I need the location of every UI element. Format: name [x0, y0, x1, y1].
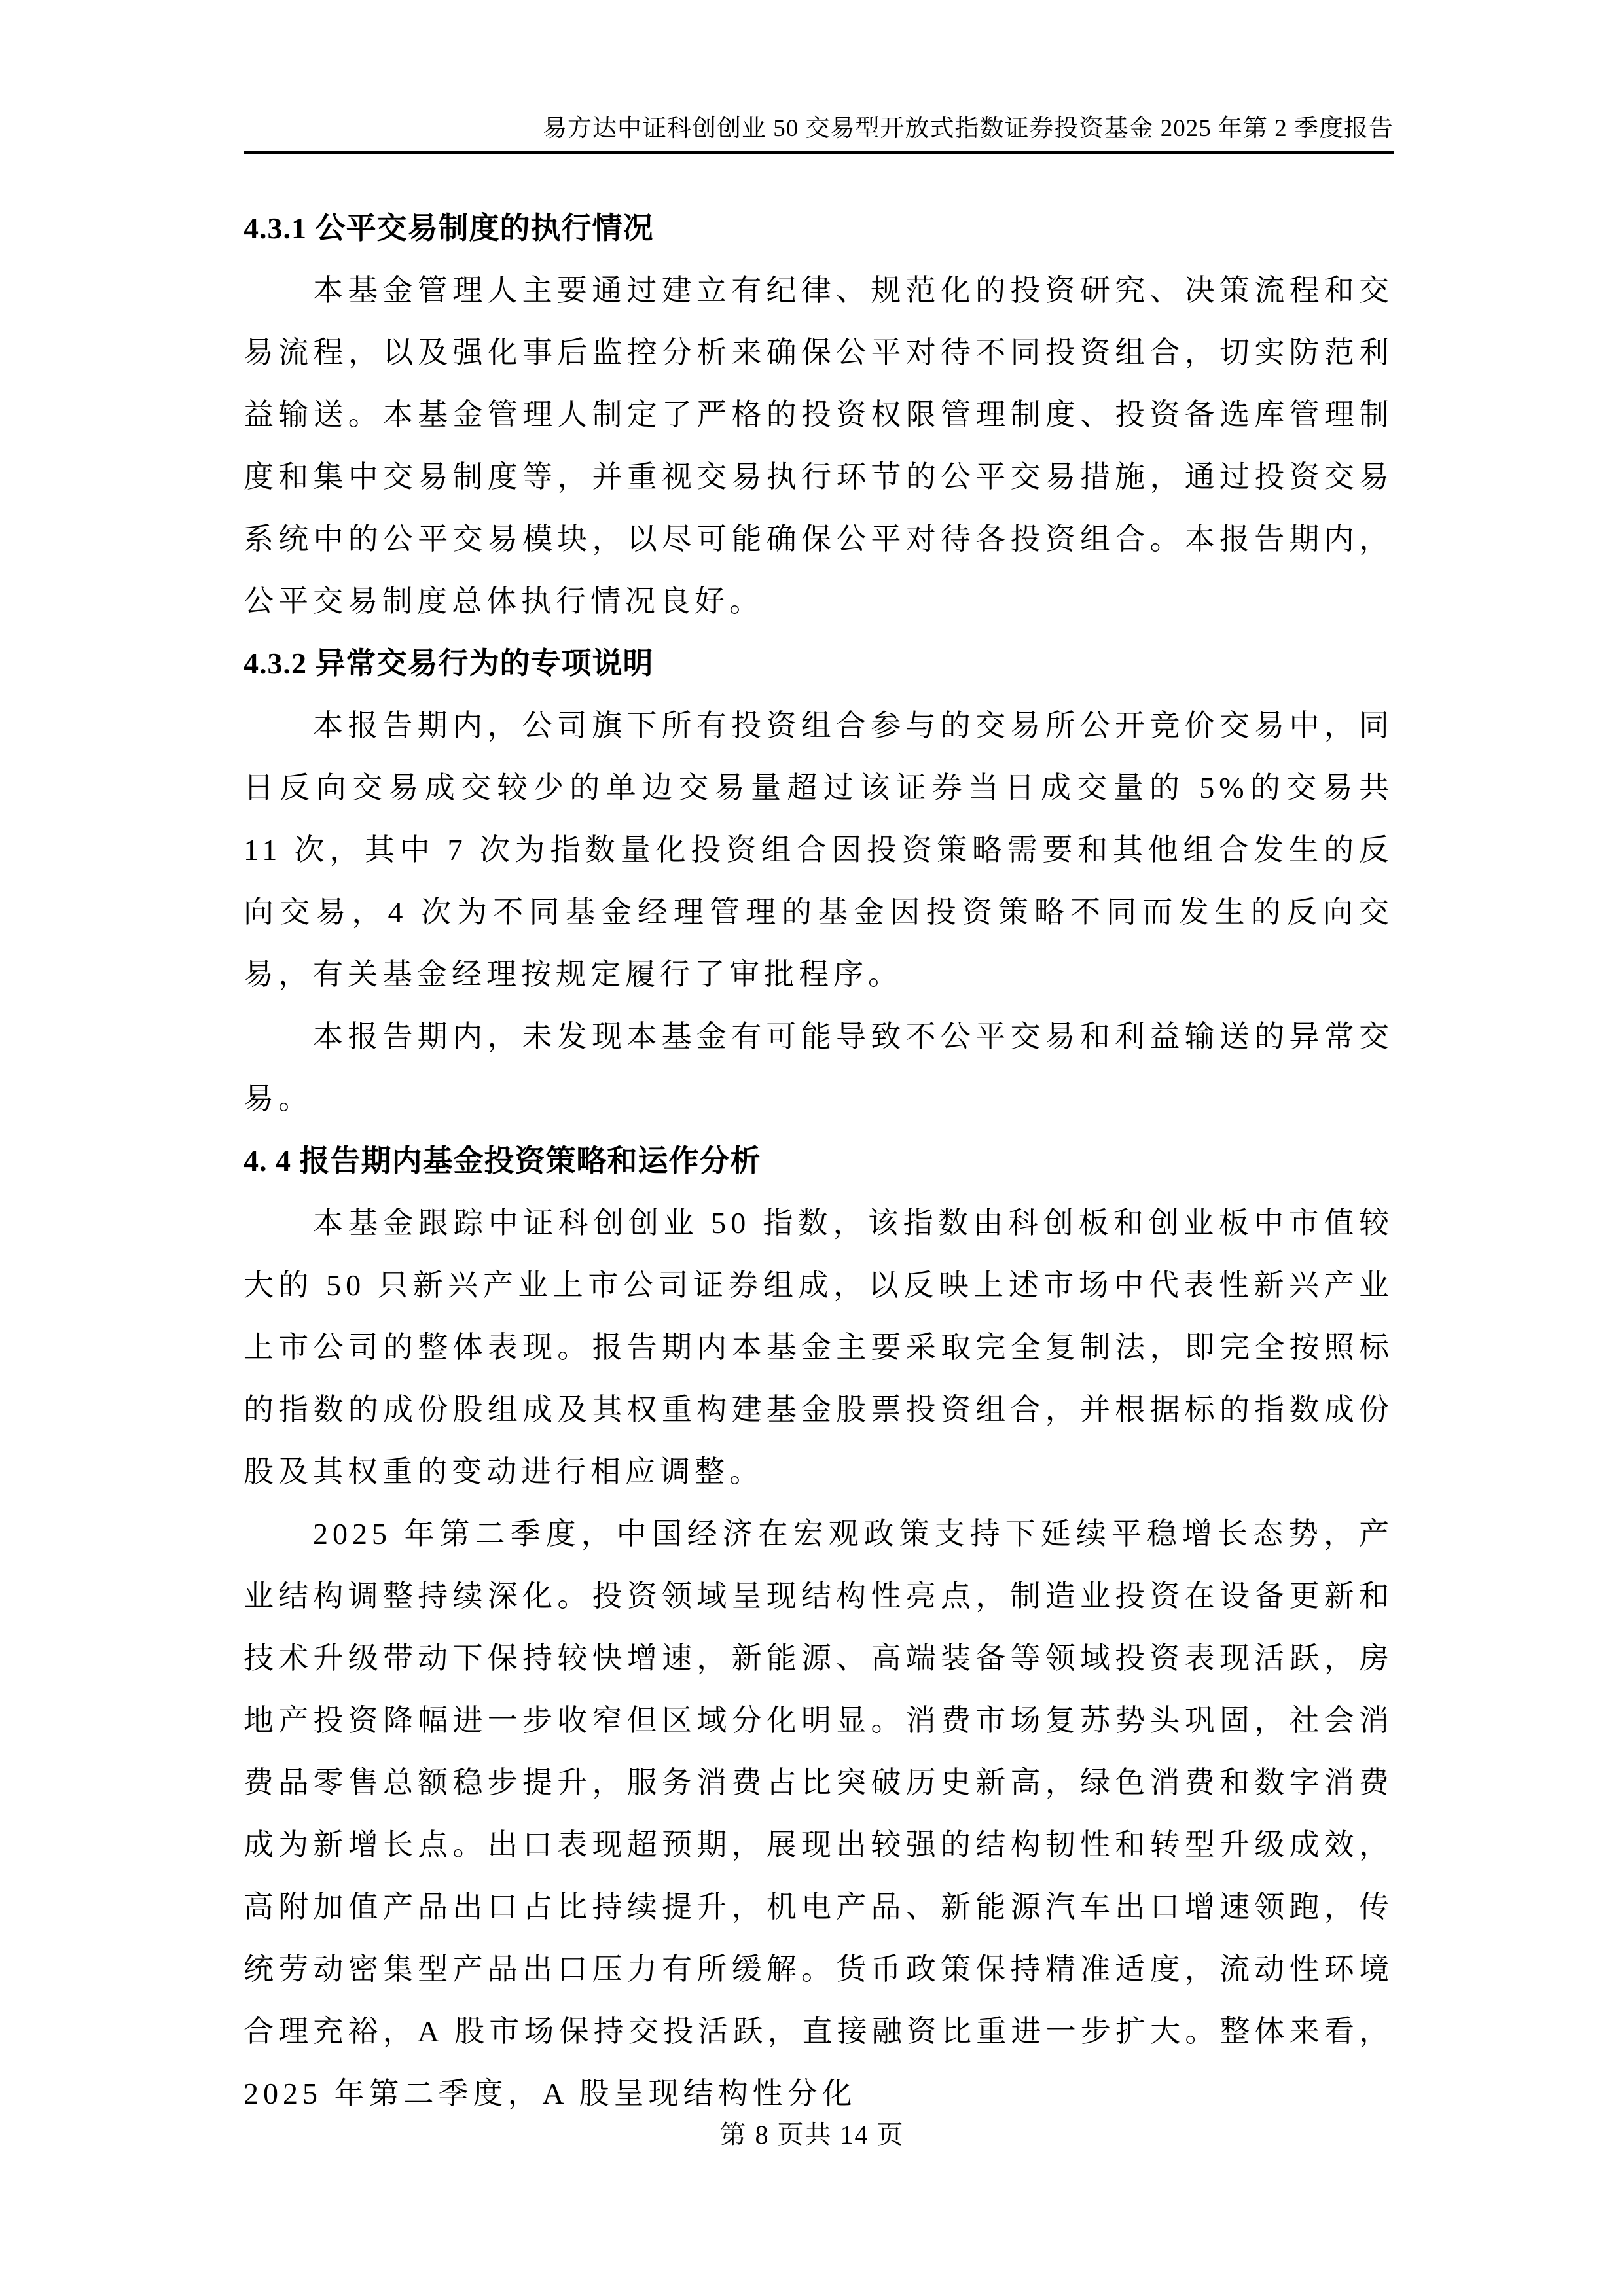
document-body: 4.3.1 公平交易制度的执行情况 本基金管理人主要通过建立有纪律、规范化的投资… — [0, 197, 1624, 2125]
section-heading-abnormal-trading: 4.3.2 异常交易行为的专项说明 — [244, 632, 1394, 694]
report-header: 易方达中证科创创业 50 交易型开放式指数证券投资基金 2025 年第 2 季度… — [0, 0, 1624, 154]
paragraph-index-tracking-strategy: 本基金跟踪中证科创创业 50 指数，该指数由科创板和创业板中市值较大的 50 只… — [244, 1192, 1394, 1503]
report-page: 易方达中证科创创业 50 交易型开放式指数证券投资基金 2025 年第 2 季度… — [0, 0, 1624, 2296]
header-rule — [244, 151, 1394, 154]
page-footer: 第 8 页共 14 页 — [0, 2119, 1624, 2151]
section-heading-fair-trading-execution: 4.3.1 公平交易制度的执行情况 — [244, 197, 1394, 259]
page-number: 第 8 页共 14 页 — [720, 2120, 905, 2149]
paragraph-fair-trading-execution: 本基金管理人主要通过建立有纪律、规范化的投资研究、决策流程和交易流程，以及强化事… — [244, 259, 1394, 632]
section-heading-strategy-analysis: 4. 4 报告期内基金投资策略和运作分析 — [244, 1130, 1394, 1192]
paragraph-abnormal-trading-stats: 本报告期内，公司旗下所有投资组合参与的交易所公开竞价交易中，同日反向交易成交较少… — [244, 694, 1394, 1005]
report-header-title: 易方达中证科创创业 50 交易型开放式指数证券投资基金 2025 年第 2 季度… — [244, 114, 1394, 144]
paragraph-macro-economy-review: 2025 年第二季度，中国经济在宏观政策支持下延续平稳增长态势，产业结构调整持续… — [244, 1503, 1394, 2125]
paragraph-abnormal-trading-conclusion: 本报告期内，未发现本基金有可能导致不公平交易和利益输送的异常交易。 — [244, 1005, 1394, 1130]
